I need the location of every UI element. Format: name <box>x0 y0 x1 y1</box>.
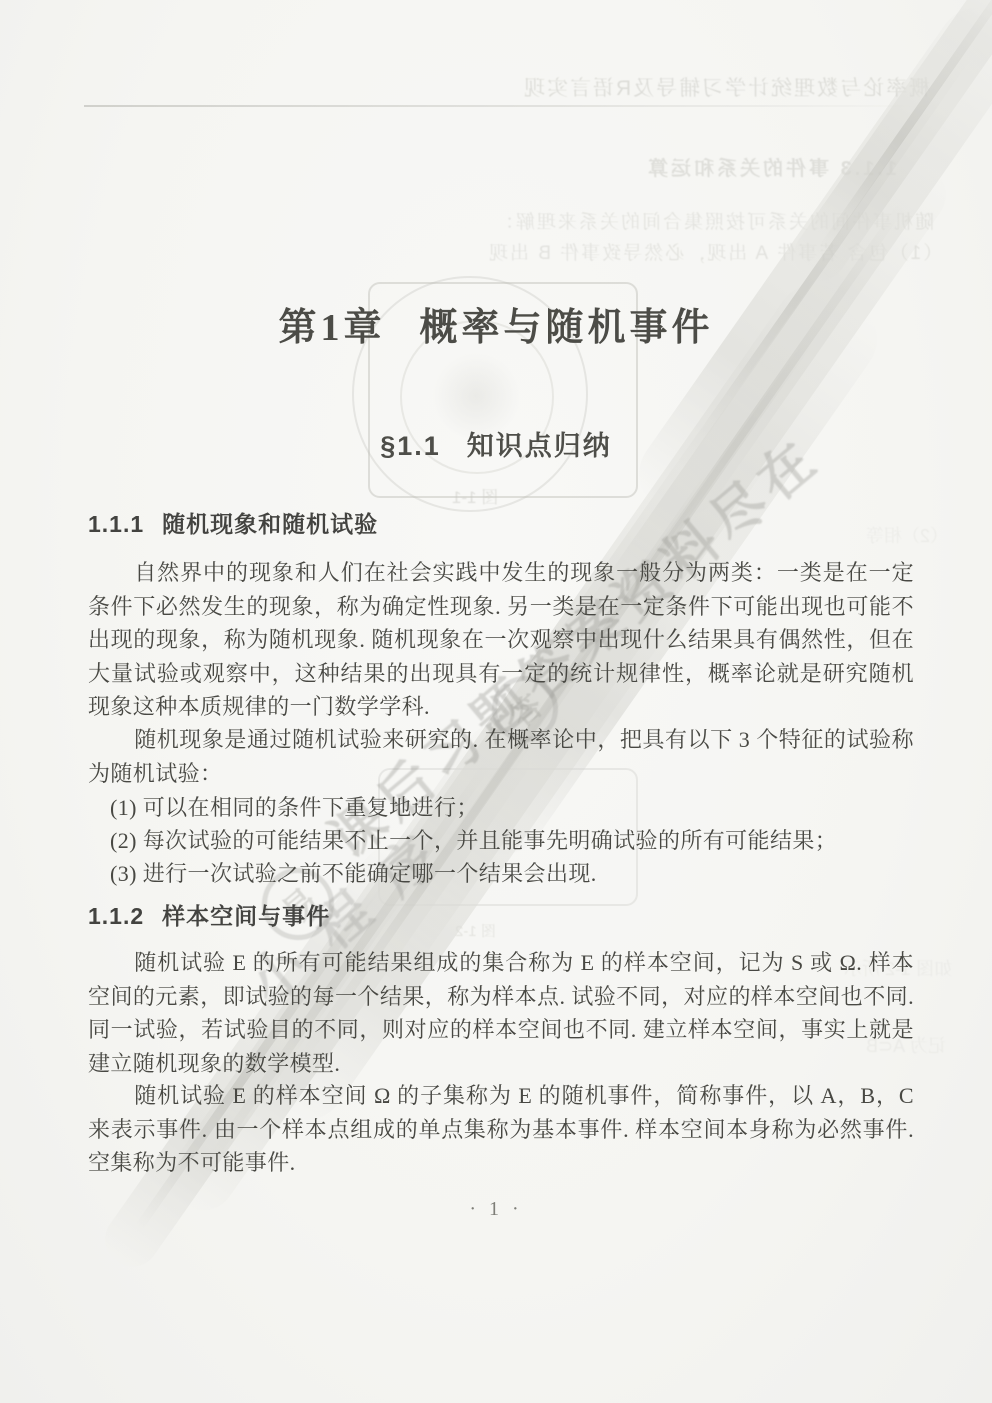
subsection-number: 1.1.2 <box>88 903 144 929</box>
chapter-name: 概率与随机事件 <box>420 307 714 349</box>
body-paragraph: 自然界中的现象和人们在社会实践中发生的现象一般分为两类：一类是在一定条件下必然发… <box>88 556 914 724</box>
chapter-title: 第1章概率与随机事件 <box>0 296 992 351</box>
subsection-heading-112: 1.1.2样本空间与事件 <box>88 898 330 931</box>
list-item: (2) 每次试验的可能结果不止一个，并且能事先明确试验的所有可能结果； <box>110 824 910 857</box>
list-item: (3) 进行一次试验之前不能确定哪一个结果会出现. <box>110 857 910 890</box>
subsection-name: 随机现象和随机试验 <box>162 511 378 537</box>
section-name: 知识点归纳 <box>467 431 612 461</box>
body-paragraph: 随机试验 E 的样本空间 Ω 的子集称为 E 的随机事件，简称事件，以 A，B，… <box>88 1079 914 1180</box>
list-item: (1) 可以在相同的条件下重复地进行； <box>110 791 910 824</box>
subsection-number: 1.1.1 <box>88 511 144 537</box>
page-number: · 1 · <box>0 1198 992 1221</box>
body-paragraph: 随机现象是通过随机试验来研究的. 在概率论中，把具有以下 3 个特征的试验称为随… <box>88 723 914 790</box>
section-number: §1.1 <box>380 431 441 461</box>
scanned-page: 概率论与数理统计学习辅导及R语言实现 1.1.3 事件的关系和运算 随机事件间的… <box>0 0 992 1403</box>
subsection-heading-111: 1.1.1随机现象和随机试验 <box>88 506 378 539</box>
section-title: §1.1知识点归纳 <box>0 424 992 463</box>
body-paragraph: 随机试验 E 的所有可能结果组成的集合称为 E 的样本空间，记为 S 或 Ω. … <box>88 946 914 1080</box>
subsection-name: 样本空间与事件 <box>162 903 330 929</box>
chapter-number: 第1章 <box>278 307 385 349</box>
page-content: 第1章概率与随机事件 §1.1知识点归纳 1.1.1随机现象和随机试验 自然界中… <box>0 0 992 1403</box>
